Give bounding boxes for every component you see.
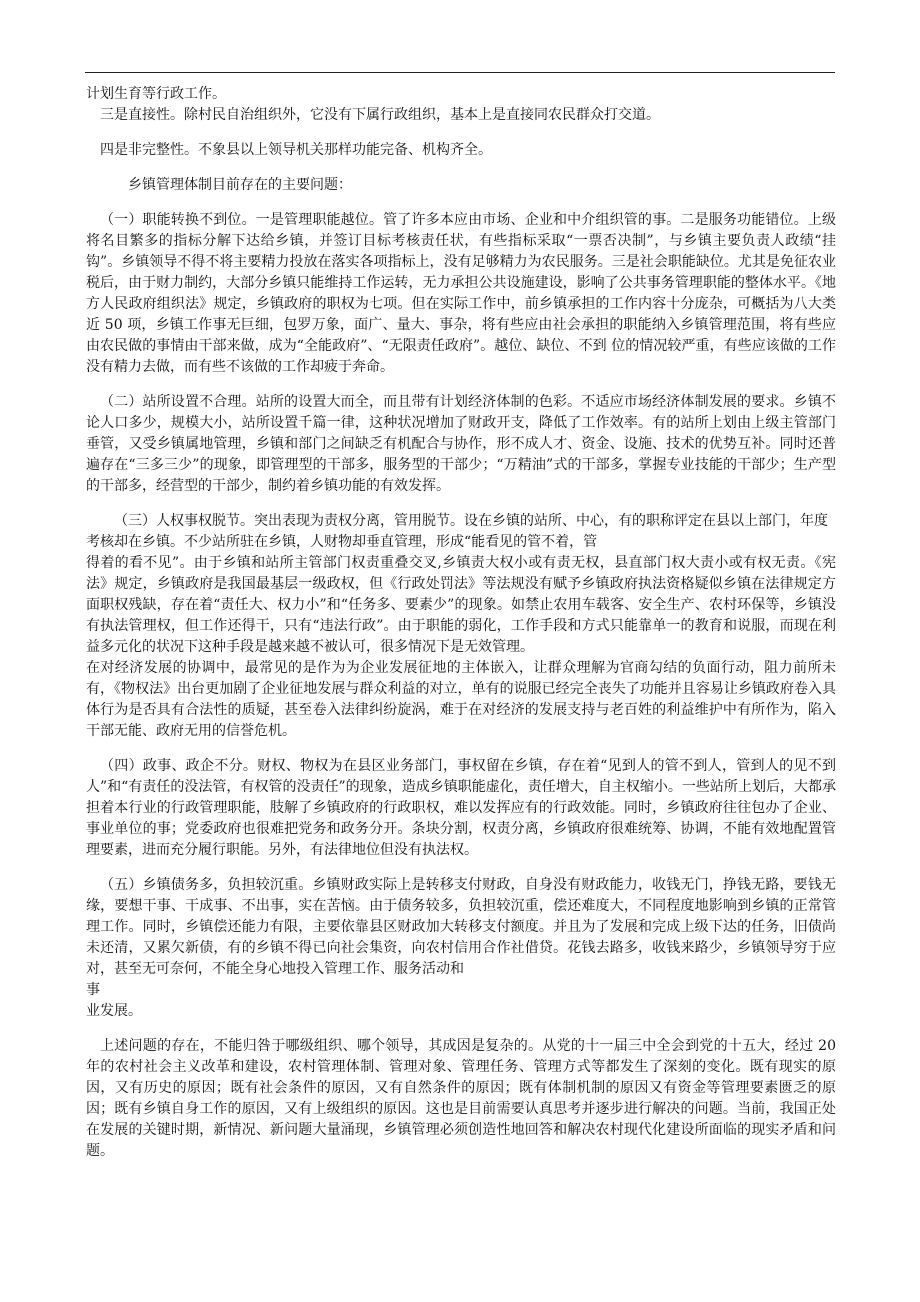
paragraph-section-1: （一）职能转换不到位。一是管理职能越位。管了许多本应由市场、企业和中介组织管的事… [86, 210, 836, 378]
intro-line-2: 三是直接性。除村民自治组织外，它没有下属行政组织，基本上是直接同农民群众打交道。 [86, 105, 836, 126]
intro-line-1: 计划生育等行政工作。 [86, 84, 836, 105]
paragraph-section-3a: （三）人权事权脱节。突出表现为责权分离，管用脱节。设在乡镇的站所、中心，有的职称… [86, 511, 836, 553]
paragraph-section-5a: （五）乡镇债务多，负担较沉重。乡镇财政实际上是转移支付财政，自身没有财政能力，收… [86, 875, 836, 980]
paragraph-section-3b: 得着的看不见”。由于乡镇和站所主管部门权责重叠交叉,乡镇责大权小或有责无权，县直… [86, 553, 836, 658]
paragraph-section-4: （四）政事、政企不分。财权、物权为在县区业务部门，事权留在乡镇，存在着“见到人的… [86, 756, 836, 861]
header-rule [85, 72, 835, 73]
paragraph-section-5b: 事 [86, 980, 836, 1001]
paragraph-section-2: （二）站所设置不合理。站所的设置大而全，而且带有计划经济体制的色彩。不适应市场经… [86, 392, 836, 497]
paragraph-conclusion: 上述问题的存在，不能归咎于哪级组织、哪个领导，其成因是复杂的。从党的十一届三中全… [86, 1036, 836, 1162]
paragraph-section-5c: 业发展。 [86, 1001, 836, 1022]
document-body: 计划生育等行政工作。 三是直接性。除村民自治组织外，它没有下属行政组织，基本上是… [86, 84, 836, 1162]
intro-line-3: 四是非完整性。不象县以上领导机关那样功能完备、机构齐全。 [86, 140, 836, 161]
section-heading: 乡镇管理体制目前存在的主要问题： [86, 175, 836, 196]
paragraph-section-3c: 在对经济发展的协调中，最常见的是作为为企业发展征地的主体嵌入，让群众理解为官商勾… [86, 658, 836, 742]
